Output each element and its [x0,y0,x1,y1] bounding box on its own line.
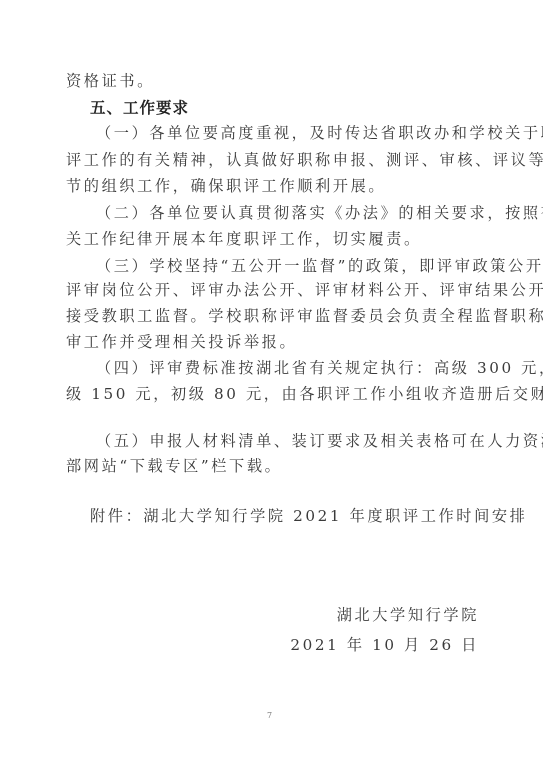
page-number: 7 [267,711,272,720]
paragraph-line: 关工作纪律开展本年度职评工作，切实履责。 [66,229,422,249]
paragraph-line: （五）申报人材料清单、装订要求及相关表格可在人力资源 [96,431,543,451]
paragraph-line: （四）评审费标准按湖北省有关规定执行：高级 300 元，中 [96,358,543,378]
paragraph-line: 审工作并受理相关投诉举报。 [66,332,297,352]
signature-organization: 湖北大学知行学院 [337,605,479,625]
paragraph-line: 节的组织工作，确保职评工作顺利开展。 [66,176,386,196]
signature-date: 2021 年 10 月 26 日 [290,635,479,655]
paragraph-line: 接受教职工监督。学校职称评审监督委员会负责全程监督职称评 [66,306,543,326]
attachment-line: 附件：湖北大学知行学院 2021 年度职评工作时间安排 [90,506,527,526]
paragraph-line: 部网站“下载专区”栏下载。 [66,456,282,476]
section-heading: 五、工作要求 [90,98,189,118]
paragraph-line: （三）学校坚持“五公开一监督”的政策，即评审政策公开、 [96,256,543,276]
paragraph-line: 评工作的有关精神，认真做好职称申报、测评、审核、评议等环 [66,150,543,170]
paragraph-line: 评审岗位公开、评审办法公开、评审材料公开、评审结果公开， [66,280,543,300]
document-page: 资格证书。 五、工作要求 （一）各单位要高度重视，及时传达省职改办和学校关于职 … [0,0,543,768]
paragraph-line: （二）各单位要认真贯彻落实《办法》的相关要求，按照有 [96,203,543,223]
paragraph-line: （一）各单位要高度重视，及时传达省职改办和学校关于职 [96,123,543,143]
paragraph-line: 级 150 元，初级 80 元，由各职评工作小组收齐造册后交财务处。 [66,384,543,404]
paragraph-line: 资格证书。 [66,71,155,91]
